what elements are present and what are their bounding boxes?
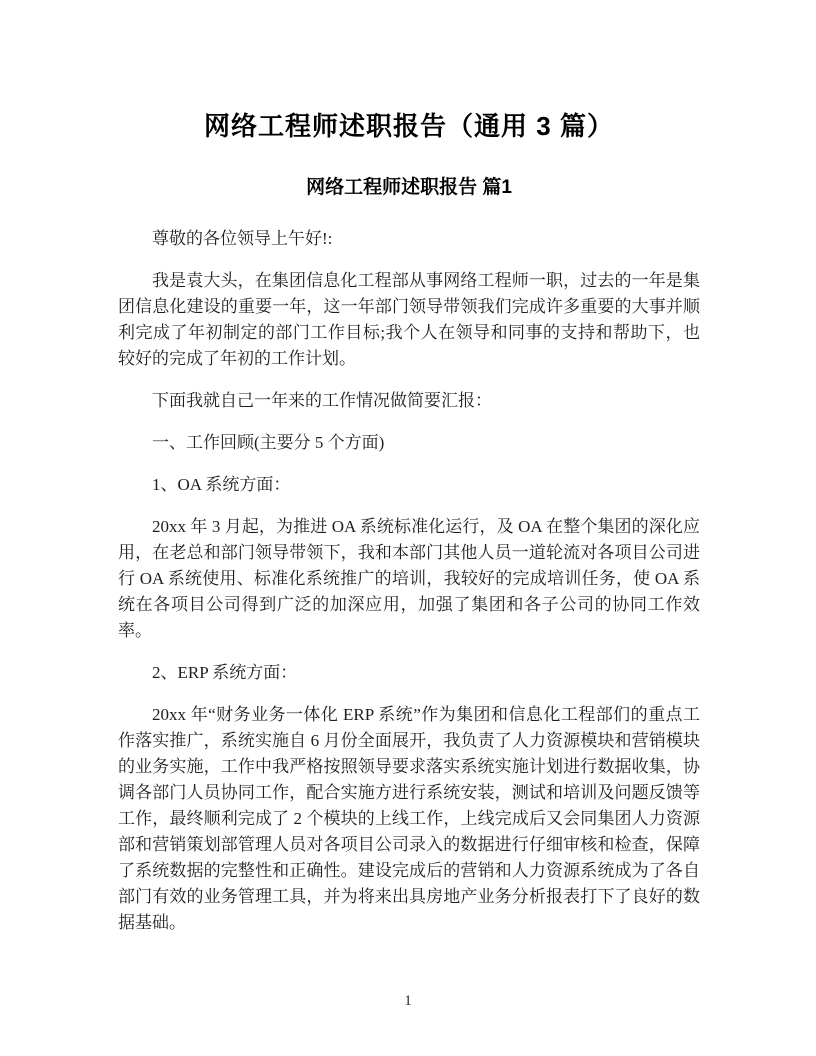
paragraph: 1、OA 系统方面：: [118, 472, 700, 498]
document-content: 网络工程师述职报告（通用 3 篇） 网络工程师述职报告 篇1 尊敬的各位领导上午…: [0, 0, 816, 936]
paragraph: 20xx 年“财务业务一体化 ERP 系统”作为集团和信息化工程部们的重点工作落…: [118, 702, 700, 936]
paragraph: 下面我就自己一年来的工作情况做简要汇报：: [118, 388, 700, 414]
paragraph: 尊敬的各位领导上午好!:: [118, 226, 700, 252]
document-body: 尊敬的各位领导上午好!:我是袁大头，在集团信息化工程部从事网络工程师一职，过去的…: [118, 226, 700, 936]
document-title: 网络工程师述职报告（通用 3 篇）: [118, 108, 700, 144]
paragraph: 20xx 年 3 月起，为推进 OA 系统标准化运行，及 OA 在整个集团的深化…: [118, 514, 700, 644]
document-page: 网络工程师述职报告（通用 3 篇） 网络工程师述职报告 篇1 尊敬的各位领导上午…: [0, 0, 816, 1056]
paragraph: 一、工作回顾(主要分 5 个方面): [118, 430, 700, 456]
page-number: 1: [404, 993, 412, 1009]
paragraph: 我是袁大头，在集团信息化工程部从事网络工程师一职，过去的一年是集团信息化建设的重…: [118, 268, 700, 372]
paragraph: 2、ERP 系统方面：: [118, 660, 700, 686]
page-footer: 1: [0, 992, 816, 1010]
section-heading: 网络工程师述职报告 篇1: [118, 176, 700, 200]
